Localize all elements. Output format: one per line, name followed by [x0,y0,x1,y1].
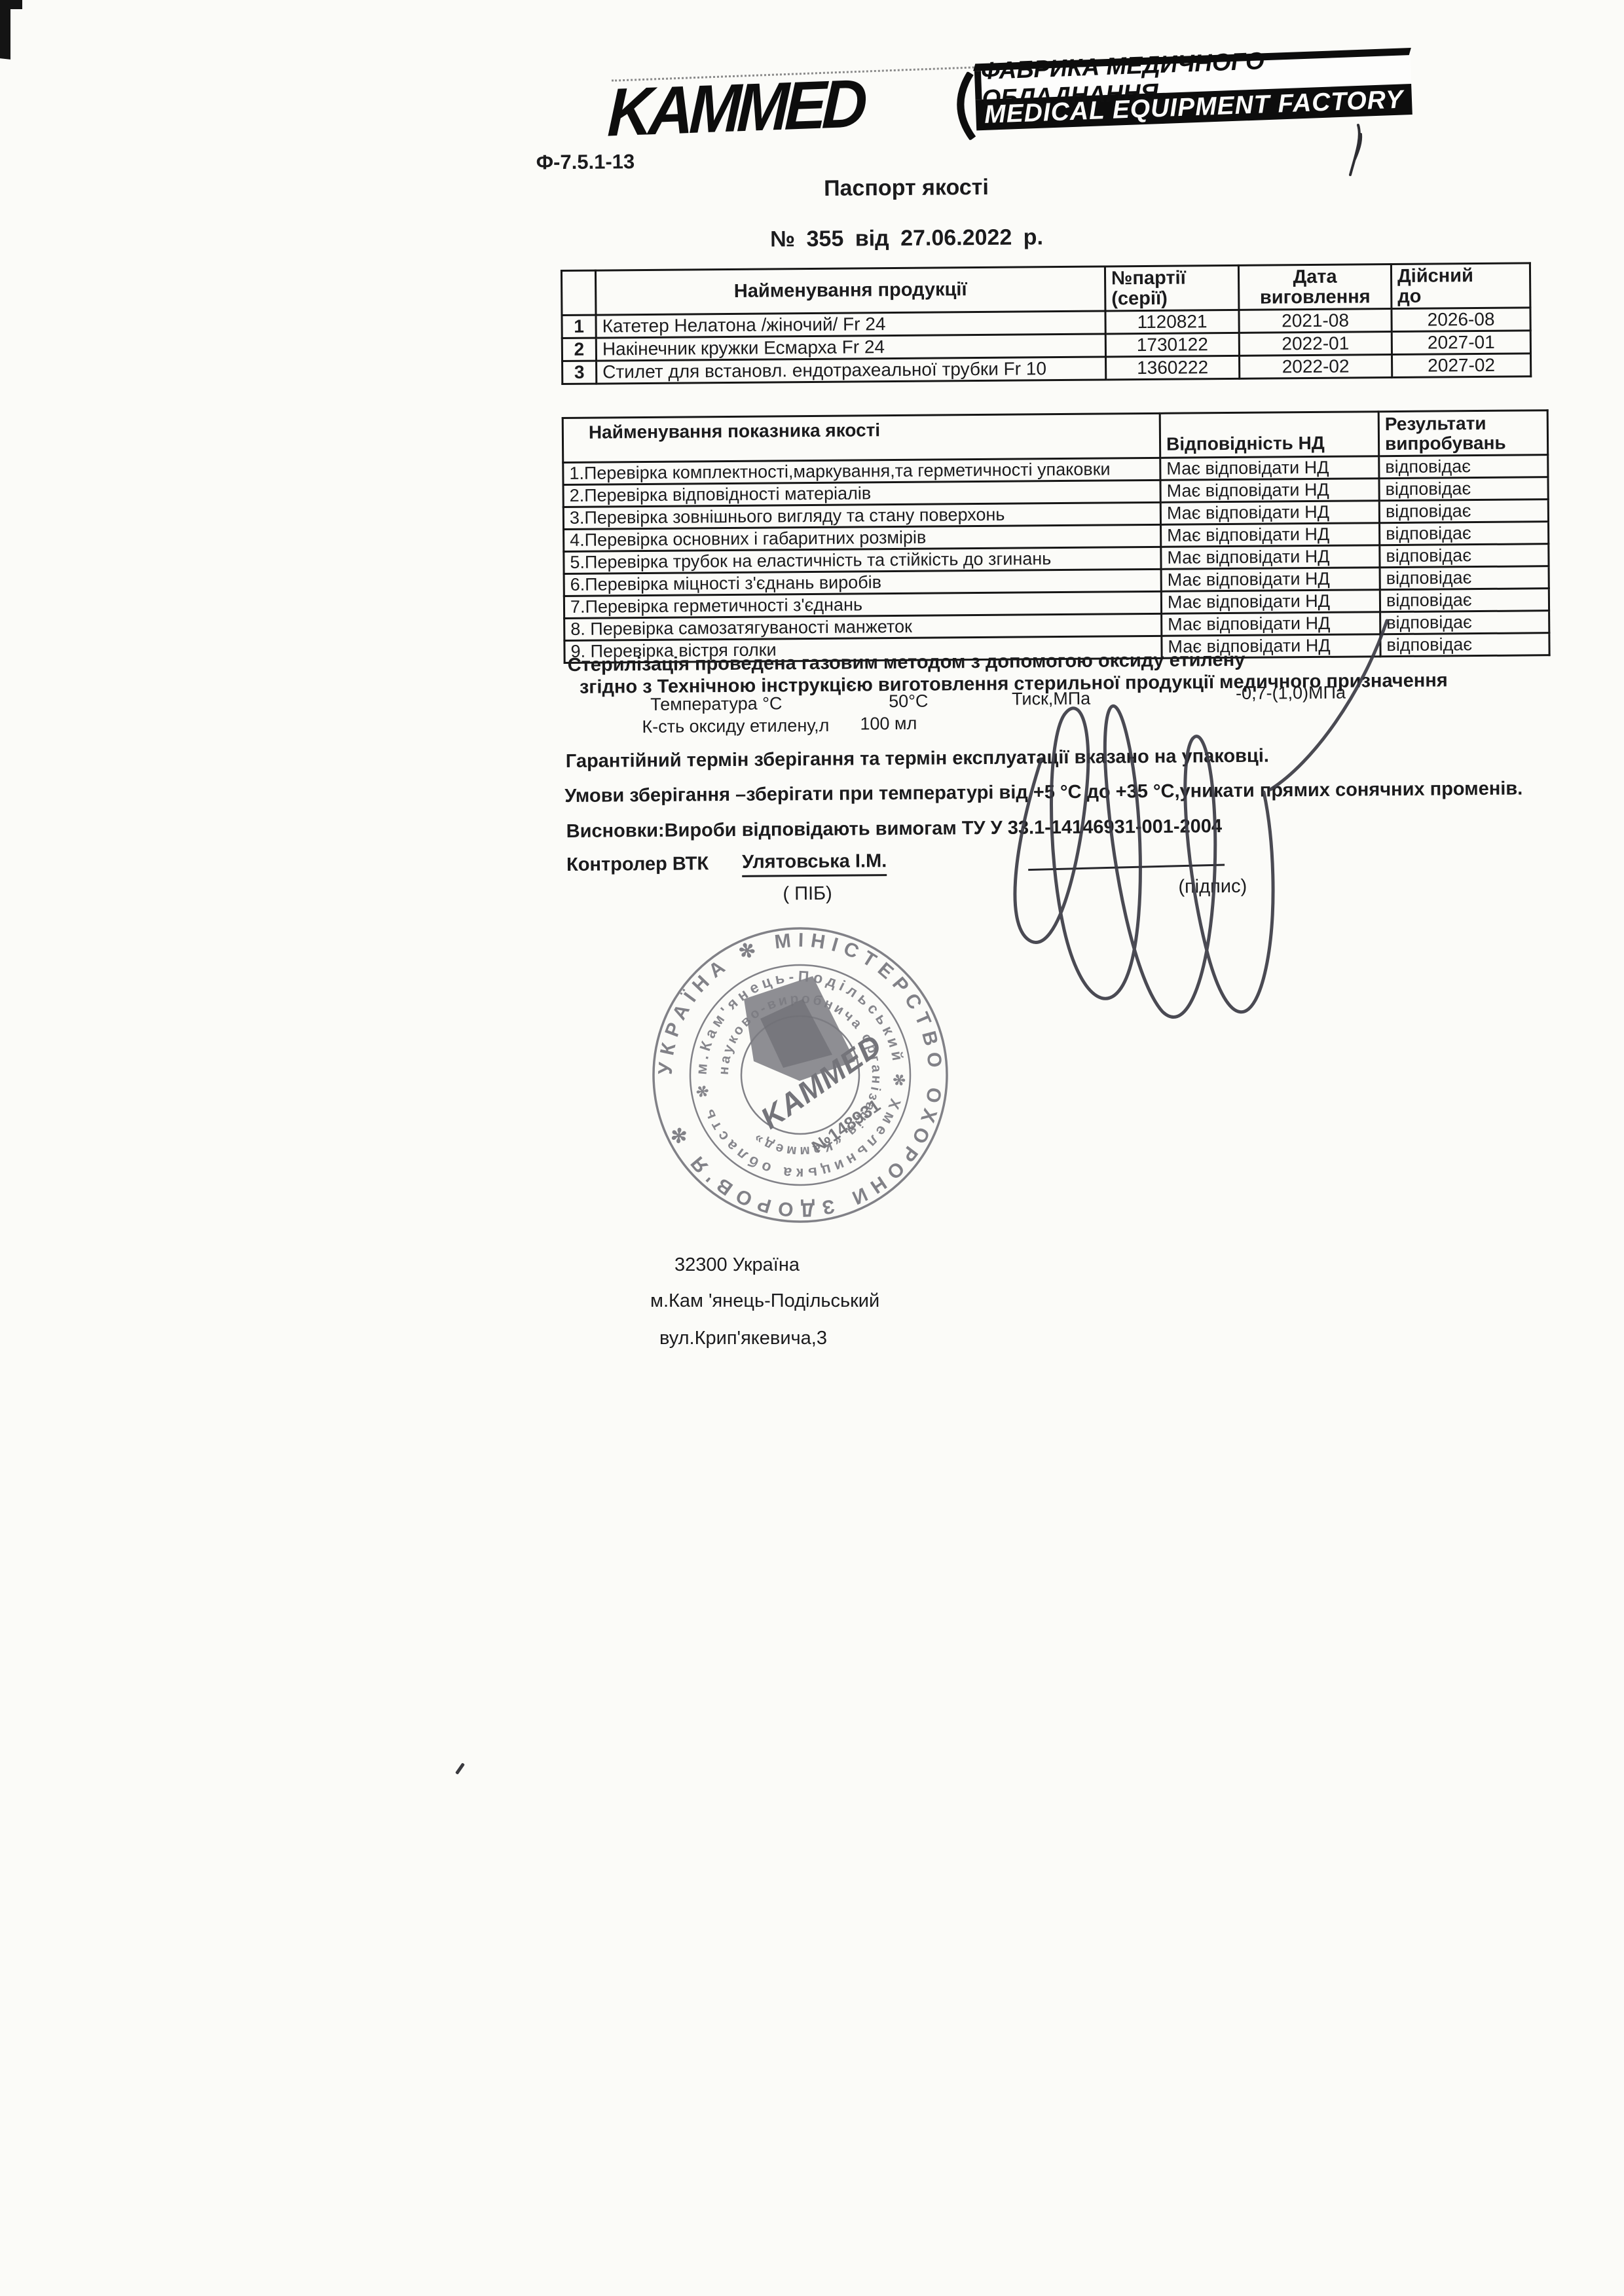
valid-until: 2027-01 [1392,331,1530,355]
result: відповідає [1379,455,1548,479]
col-conformity: Відповідність НД [1160,412,1379,458]
temperature-label: Температура °С [650,693,783,715]
form-code: Ф-7.5.1-13 [536,150,635,174]
product-name: Стилет для встановл. ендотрахеальної тру… [597,357,1106,384]
conformity: Має відповідати НД [1160,456,1379,481]
handwritten-signature [943,609,1441,1067]
col-valid-line1: Дійсний [1397,265,1473,287]
conformity: Має відповідати НД [1161,568,1380,592]
batch-number: 1120821 [1105,310,1239,334]
conformity: Має відповідати НД [1161,545,1380,570]
result: відповідає [1380,544,1549,568]
eto-value: 100 мл [860,714,917,735]
col-valid-until: Дійснийдо [1391,263,1530,309]
mfg-date: 2022-01 [1239,332,1392,356]
result: відповідає [1379,477,1548,501]
scanned-quality-passport-page: KAMMED ФАБРИКА МЕДИЧНОГО ОБЛАДНАННЯ MEDI… [0,0,1624,2296]
col-result: Результативипробувань [1378,410,1548,456]
address-line3: вул.Крип'якевича,3 [659,1328,827,1349]
quality-table-header: Найменування показника якості Відповідні… [563,410,1547,463]
result: відповідає [1380,522,1549,545]
col-valid-line2: до [1397,285,1421,306]
col-result-line1: Результати [1385,412,1486,433]
batch-number: 1730122 [1105,333,1239,357]
pen-tick-mark [1336,121,1375,180]
row-num: 2 [562,338,596,361]
row-num: 3 [563,361,597,384]
conformity: Має відповідати НД [1161,523,1380,547]
col-batch: №партії(серії) [1105,265,1239,311]
pib-label: ( ПІБ) [783,883,832,905]
temperature-value: 50°С [889,691,929,712]
products-table: Найменування продукції №партії(серії) Да… [561,262,1532,385]
controller-label: Контролер ВТК [566,853,709,876]
col-product-name: Найменування продукції [595,266,1105,315]
mfg-date: 2021-08 [1239,309,1392,333]
col-indicator: Найменування показника якості [563,413,1160,462]
col-mfg-date: Датавиговлення [1238,264,1392,310]
controller-name: Улятовська І.М. [742,850,887,877]
batch-number: 1360222 [1106,355,1240,380]
products-table-header: Найменування продукції №партії(серії) Да… [561,263,1530,316]
mfg-date: 2022-02 [1240,355,1392,379]
col-batch-line1: №партії [1111,267,1186,289]
row-num: 1 [562,315,596,338]
col-mfg-line2: виговлення [1260,286,1371,308]
eto-label: К-сть оксиду етилену,л [642,716,829,737]
document-title: Паспорт якості [824,175,989,202]
valid-until: 2026-08 [1392,308,1530,332]
result: відповідає [1379,500,1548,523]
company-round-stamp: УКРАЇНА ✻ МІНІСТЕРСТВО ОХОРОНИ ЗДОРОВ'Я … [646,920,955,1230]
valid-until: 2027-02 [1392,354,1530,378]
conformity: Має відповідати НД [1160,479,1379,503]
col-mfg-line1: Дата [1293,266,1337,287]
result: відповідає [1380,566,1549,590]
address-line1: 32300 Україна [674,1254,800,1276]
conformity: Має відповідати НД [1160,501,1379,525]
document-number-line: № 355 від 27.06.2022 р. [770,225,1043,252]
address-line2: м.Кам 'янець-Подільський [650,1290,879,1312]
col-batch-line2: (серії) [1111,287,1168,309]
col-result-line2: випробувань [1385,432,1506,453]
col-num [561,270,596,315]
